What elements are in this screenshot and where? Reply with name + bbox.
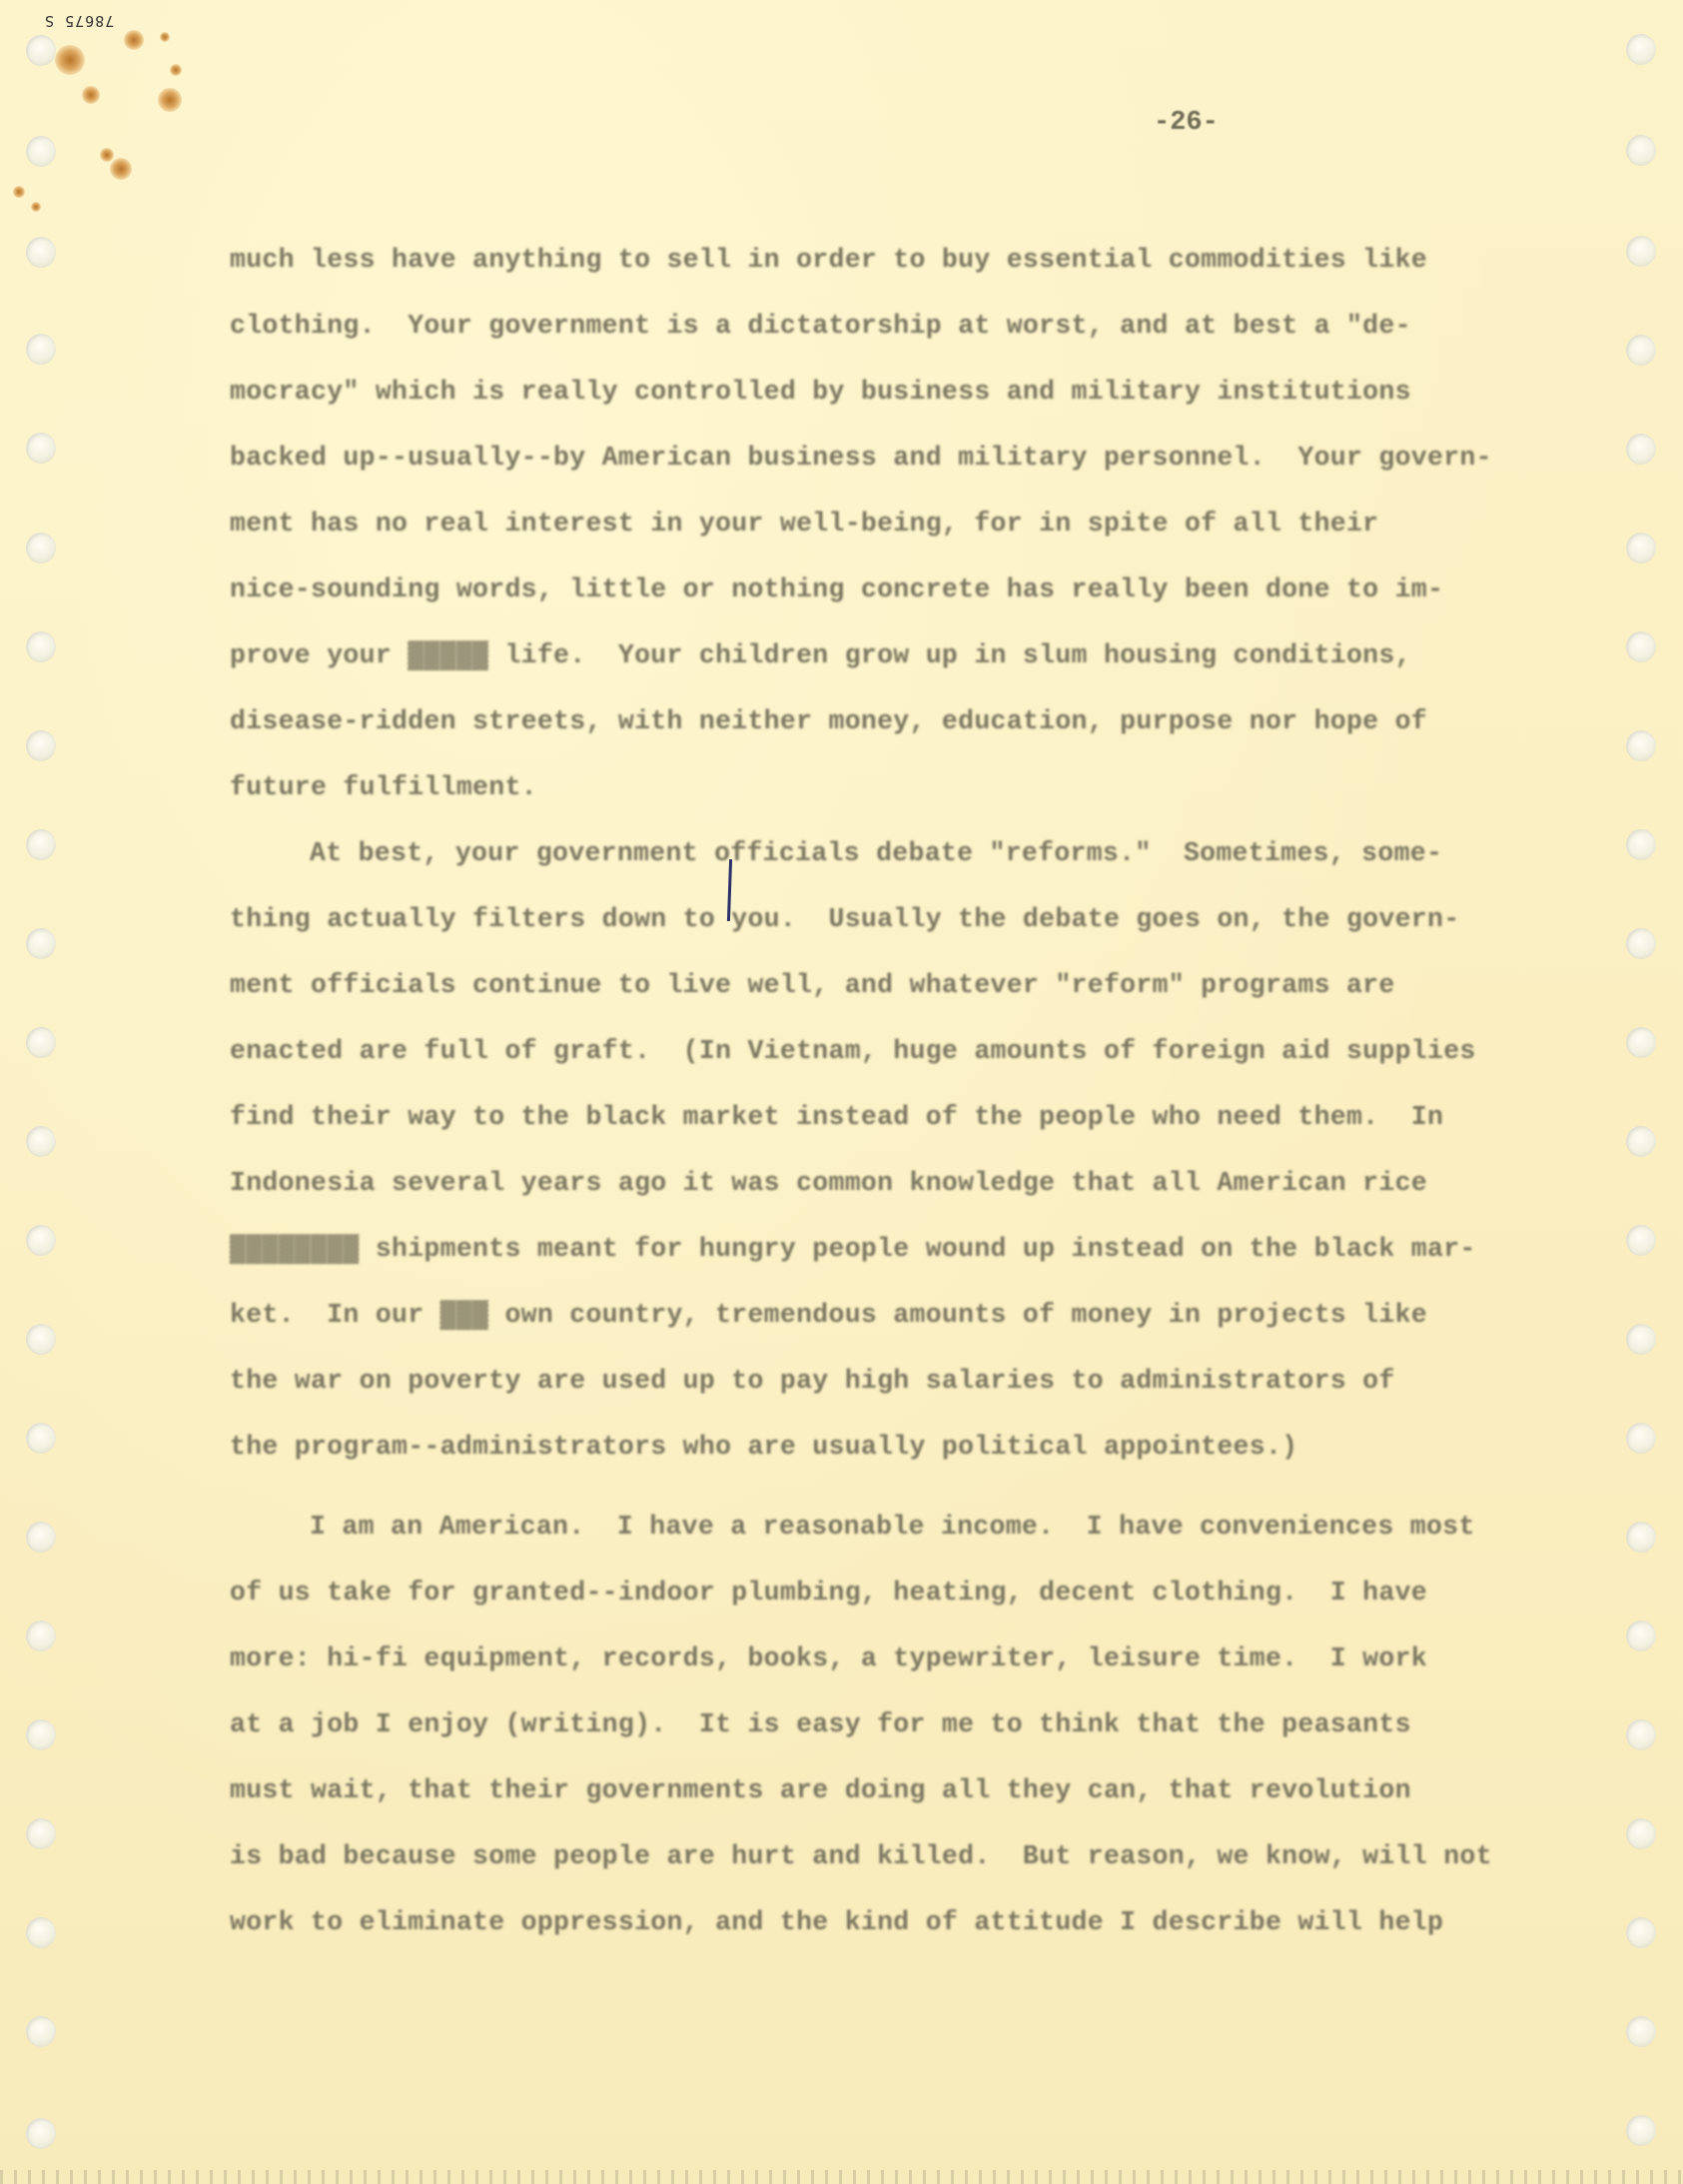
text-line: at a job I enjoy (writing). It is easy f… (230, 1704, 1558, 1770)
text-line: ket. In our ▓▓▓ own country, tremendous … (230, 1295, 1558, 1361)
right-sprocket-holes (1626, 0, 1666, 2184)
text-line: enacted are full of graft. (In Vietnam, … (230, 1031, 1558, 1097)
sprocket-hole (1626, 1522, 1656, 1553)
torn-edge (0, 2170, 1683, 2184)
rust-spot (170, 64, 182, 76)
sprocket-hole (26, 1917, 56, 1948)
document-page: 78675 S (0, 0, 1683, 2184)
text-line: is bad because some people are hurt and … (230, 1836, 1558, 1902)
sprocket-hole (1626, 1324, 1656, 1355)
text-line: future fulfillment. (230, 767, 1558, 833)
sprocket-hole (26, 1027, 56, 1058)
text-line: of us take for granted--indoor plumbing,… (230, 1573, 1558, 1638)
text-line: nice-sounding words, little or nothing c… (230, 569, 1558, 635)
left-sprocket-holes (26, 0, 66, 2184)
sprocket-hole (1626, 1126, 1656, 1157)
text-line: disease-ridden streets, with neither mon… (230, 701, 1558, 767)
sprocket-hole (26, 1522, 56, 1553)
sprocket-hole (26, 1818, 56, 1849)
sprocket-hole (26, 1225, 56, 1256)
text-line: thing actually filters down to you. Usua… (230, 899, 1558, 965)
sprocket-hole (1626, 335, 1656, 366)
page-number: -26- (1154, 108, 1219, 138)
rust-spot (100, 148, 114, 162)
sprocket-hole (26, 1621, 56, 1651)
sprocket-hole (26, 237, 56, 268)
rust-spot (124, 30, 144, 50)
paragraph: I am an American. I have a reasonable in… (230, 1507, 1558, 1968)
text-line: much less have anything to sell in order… (230, 240, 1558, 306)
sprocket-hole (1626, 1027, 1656, 1058)
text-line: must wait, that their governments are do… (230, 1770, 1558, 1836)
paragraph: At best, your government officials debat… (230, 833, 1558, 1493)
rust-spot (13, 186, 25, 198)
text-line: prove your ▓▓▓▓▓ life. Your children gro… (230, 635, 1558, 701)
sprocket-hole (26, 928, 56, 959)
sprocket-hole (1626, 1719, 1656, 1750)
paragraph-gap (230, 1493, 1558, 1507)
sprocket-hole (26, 1423, 56, 1454)
text-line: ment has no real interest in your well-b… (230, 504, 1558, 569)
text-line: clothing. Your government is a dictators… (230, 306, 1558, 372)
sprocket-hole (1626, 1423, 1656, 1454)
sprocket-hole (1626, 2115, 1656, 2146)
sprocket-hole (26, 35, 56, 66)
rust-spot (82, 86, 100, 104)
body-text: much less have anything to sell in order… (230, 240, 1558, 1968)
paragraph: much less have anything to sell in order… (230, 240, 1558, 833)
sprocket-hole (1626, 135, 1656, 166)
sprocket-hole (1626, 1818, 1656, 1849)
sprocket-hole (1626, 1225, 1656, 1256)
sprocket-hole (26, 631, 56, 662)
sprocket-hole (26, 730, 56, 761)
text-line: ▓▓▓▓▓▓▓▓ shipments meant for hungry peop… (230, 1229, 1558, 1295)
sprocket-hole (26, 1324, 56, 1355)
text-line: backed up--usually--by American business… (230, 438, 1558, 504)
rust-spot (160, 32, 170, 42)
sprocket-hole (1626, 434, 1656, 465)
text-line: the program--administrators who are usua… (230, 1427, 1558, 1493)
sprocket-hole (1626, 1621, 1656, 1651)
text-line: work to eliminate oppression, and the ki… (230, 1902, 1558, 1968)
sprocket-hole (26, 2016, 56, 2047)
sprocket-hole (1626, 533, 1656, 563)
text-line: find their way to the black market inste… (230, 1097, 1558, 1163)
sprocket-hole (1626, 1917, 1656, 1948)
sprocket-hole (1626, 236, 1656, 267)
sprocket-hole (26, 433, 56, 464)
sprocket-hole (1626, 829, 1656, 860)
sprocket-hole (1626, 730, 1656, 761)
sprocket-hole (26, 136, 56, 167)
sprocket-hole (1626, 631, 1656, 662)
text-line: the war on poverty are used up to pay hi… (230, 1361, 1558, 1427)
sprocket-hole (26, 1126, 56, 1157)
sprocket-hole (26, 533, 56, 563)
sprocket-hole (26, 2118, 56, 2149)
sprocket-hole (1626, 2016, 1656, 2047)
sprocket-hole (26, 1719, 56, 1750)
sprocket-hole (1626, 34, 1656, 65)
rust-spot (158, 88, 182, 112)
sprocket-hole (26, 334, 56, 365)
text-line: mocracy" which is really controlled by b… (230, 372, 1558, 438)
text-line: ment officials continue to live well, an… (230, 965, 1558, 1031)
text-line: Indonesia several years ago it was commo… (230, 1163, 1558, 1229)
sprocket-hole (26, 829, 56, 860)
text-line: more: hi-fi equipment, records, books, a… (230, 1638, 1558, 1704)
rust-spot (110, 158, 132, 180)
text-line: I am an American. I have a reasonable in… (230, 1507, 1558, 1573)
text-line: At best, your government officials debat… (230, 833, 1558, 899)
sprocket-hole (1626, 928, 1656, 959)
